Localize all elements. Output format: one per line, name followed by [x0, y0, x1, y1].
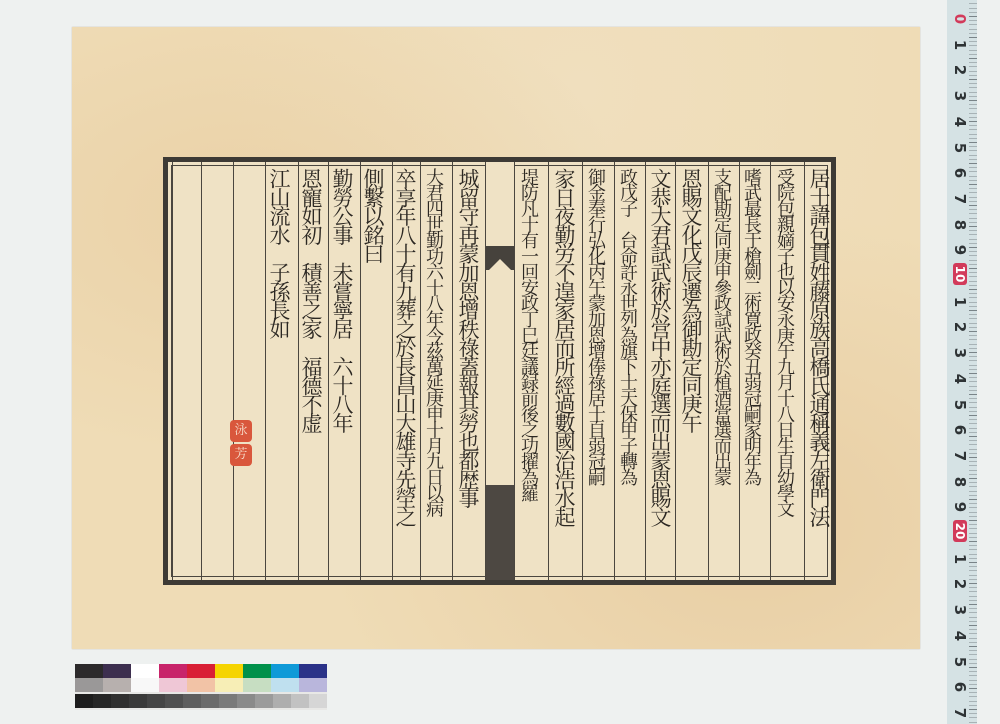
text-column: 勤勞公事 未嘗寧居 六十八年 — [331, 168, 352, 578]
column-rule-line — [172, 162, 173, 580]
ruler-label: 1 — [951, 292, 969, 312]
color-swatch — [147, 694, 165, 708]
column-rule-line — [265, 162, 266, 580]
measuring-ruler: 012345678910123456789201234567 — [947, 0, 977, 724]
ruler-label: 2 — [951, 317, 969, 337]
ruler-label: 5 — [951, 652, 969, 672]
color-row-saturated — [75, 664, 327, 678]
column-rule-line — [675, 162, 676, 580]
color-swatch — [291, 694, 309, 708]
column-rule-line — [804, 162, 805, 580]
column-rule-line — [739, 162, 740, 580]
ruler-label: 3 — [951, 343, 969, 363]
ruler-label: 4 — [951, 369, 969, 389]
color-swatch — [103, 678, 131, 692]
ruler-label: 7 — [951, 189, 969, 209]
ruler-label: 7 — [951, 703, 969, 723]
column-rule-line — [420, 162, 421, 580]
color-swatch — [243, 678, 271, 692]
seal-stamp-upper: 泳 — [230, 420, 252, 442]
text-column: 城留守再蒙加恩增秩祿蓋報其勞也都歴事 — [457, 168, 478, 578]
text-column: 江山流水 子孫長如 — [268, 168, 289, 578]
column-rule-line — [328, 162, 329, 580]
ruler-label: 2 — [951, 574, 969, 594]
column-rule-line — [201, 162, 202, 580]
black-mouth-block — [486, 485, 514, 580]
ruler-label: 10 — [953, 263, 967, 285]
column-rule-line — [392, 162, 393, 580]
color-swatch — [299, 678, 327, 692]
color-swatch — [159, 678, 187, 692]
color-swatch — [111, 694, 129, 708]
color-swatch — [103, 664, 131, 678]
ruler-label: 6 — [951, 677, 969, 697]
ruler-label: 7 — [951, 446, 969, 466]
color-swatch — [159, 664, 187, 678]
color-calibration-card — [75, 664, 327, 710]
ruler-label: 3 — [951, 600, 969, 620]
ruler-label: 1 — [951, 35, 969, 55]
ruler-label: 4 — [951, 112, 969, 132]
ruler-label: 3 — [951, 86, 969, 106]
text-column: 恩寵如初 積善之家 福德不虚 — [300, 168, 321, 578]
column-rule-line — [360, 162, 361, 580]
column-rule-line — [708, 162, 709, 580]
color-swatch — [271, 664, 299, 678]
color-swatch — [243, 664, 271, 678]
column-rule-line — [298, 162, 299, 580]
color-swatch — [271, 678, 299, 692]
color-swatch — [219, 694, 237, 708]
column-rule-line — [770, 162, 771, 580]
color-swatch — [215, 678, 243, 692]
text-column: 受院包親嫡子也以安永庚午九月十八日生自幼學文 — [775, 168, 793, 578]
color-swatch — [187, 678, 215, 692]
ruler-label: 0 — [951, 9, 969, 29]
color-swatch — [129, 694, 147, 708]
color-swatch — [273, 694, 291, 708]
ruler-label: 2 — [951, 60, 969, 80]
color-swatch — [255, 694, 273, 708]
column-rule-line — [452, 162, 453, 580]
column-rule-line — [582, 162, 583, 580]
text-column: 居士諱包貫姓藤原族高橋氏通稱義左衛門法 — [808, 168, 829, 578]
grayscale-row — [75, 694, 327, 708]
ruler-label: 6 — [951, 420, 969, 440]
ruler-label: 8 — [951, 472, 969, 492]
seal-stamp-lower: 芳 — [230, 444, 252, 466]
color-swatch — [131, 664, 159, 678]
text-column: 恩賜文化戊辰遷為御勘定同庚午 — [680, 168, 701, 578]
ruler-label: 9 — [951, 497, 969, 517]
color-swatch — [75, 664, 103, 678]
text-column: 卒享年八十有九葬之於長昌山大雄寺先塋之 — [394, 168, 415, 578]
color-swatch — [237, 694, 255, 708]
text-column: 堤防凡十有一回安政丁巳廷議録前後之功擢為羅 — [519, 168, 537, 578]
column-rule-line — [645, 162, 646, 580]
ruler-label: 6 — [951, 163, 969, 183]
color-row-pastel — [75, 678, 327, 692]
color-swatch — [187, 664, 215, 678]
text-column: 側繫以銘曰 — [362, 168, 383, 578]
text-column: 嗜武最長于槍劍二術寛政癸丑弱冠嗣家明年為 — [742, 168, 760, 578]
color-swatch — [215, 664, 243, 678]
text-column: 文恭大君試武術於営中亦庭選而出蒙恩賜文 — [649, 168, 670, 578]
text-column: 大君四世勤功六十八年今茲萬延庚申十月九日以病 — [424, 168, 442, 578]
column-rule-line — [233, 162, 234, 580]
color-swatch — [75, 694, 93, 708]
text-column: 御金奉行弘化丙午蒙加恩增俸祿居士自弱冠嗣 — [586, 168, 604, 578]
column-rule-line — [614, 162, 615, 580]
color-swatch — [165, 694, 183, 708]
color-swatch — [299, 664, 327, 678]
ruler-label: 9 — [951, 240, 969, 260]
color-swatch — [131, 678, 159, 692]
ruler-label: 5 — [951, 138, 969, 158]
column-rule-line — [548, 162, 549, 580]
color-swatch — [201, 694, 219, 708]
color-swatch — [93, 694, 111, 708]
ruler-label: 5 — [951, 395, 969, 415]
center-fold-band — [485, 162, 515, 580]
color-swatch — [309, 694, 327, 708]
fishtail-mark-icon — [486, 246, 514, 270]
text-column: 家日夜勤労不遑家居而所經過數國治浩水起 — [553, 168, 574, 578]
text-column: 支配勘定同庚申參政試武術於植酒當選而出蒙 — [712, 168, 730, 578]
ruler-label: 20 — [953, 520, 967, 542]
color-swatch — [183, 694, 201, 708]
text-column: 政戊子 台命許永世列為旗下士天保甲子轉為 — [618, 168, 636, 578]
ruler-label: 4 — [951, 626, 969, 646]
ruler-label: 1 — [951, 549, 969, 569]
color-swatch — [75, 678, 103, 692]
ruler-label: 8 — [951, 215, 969, 235]
